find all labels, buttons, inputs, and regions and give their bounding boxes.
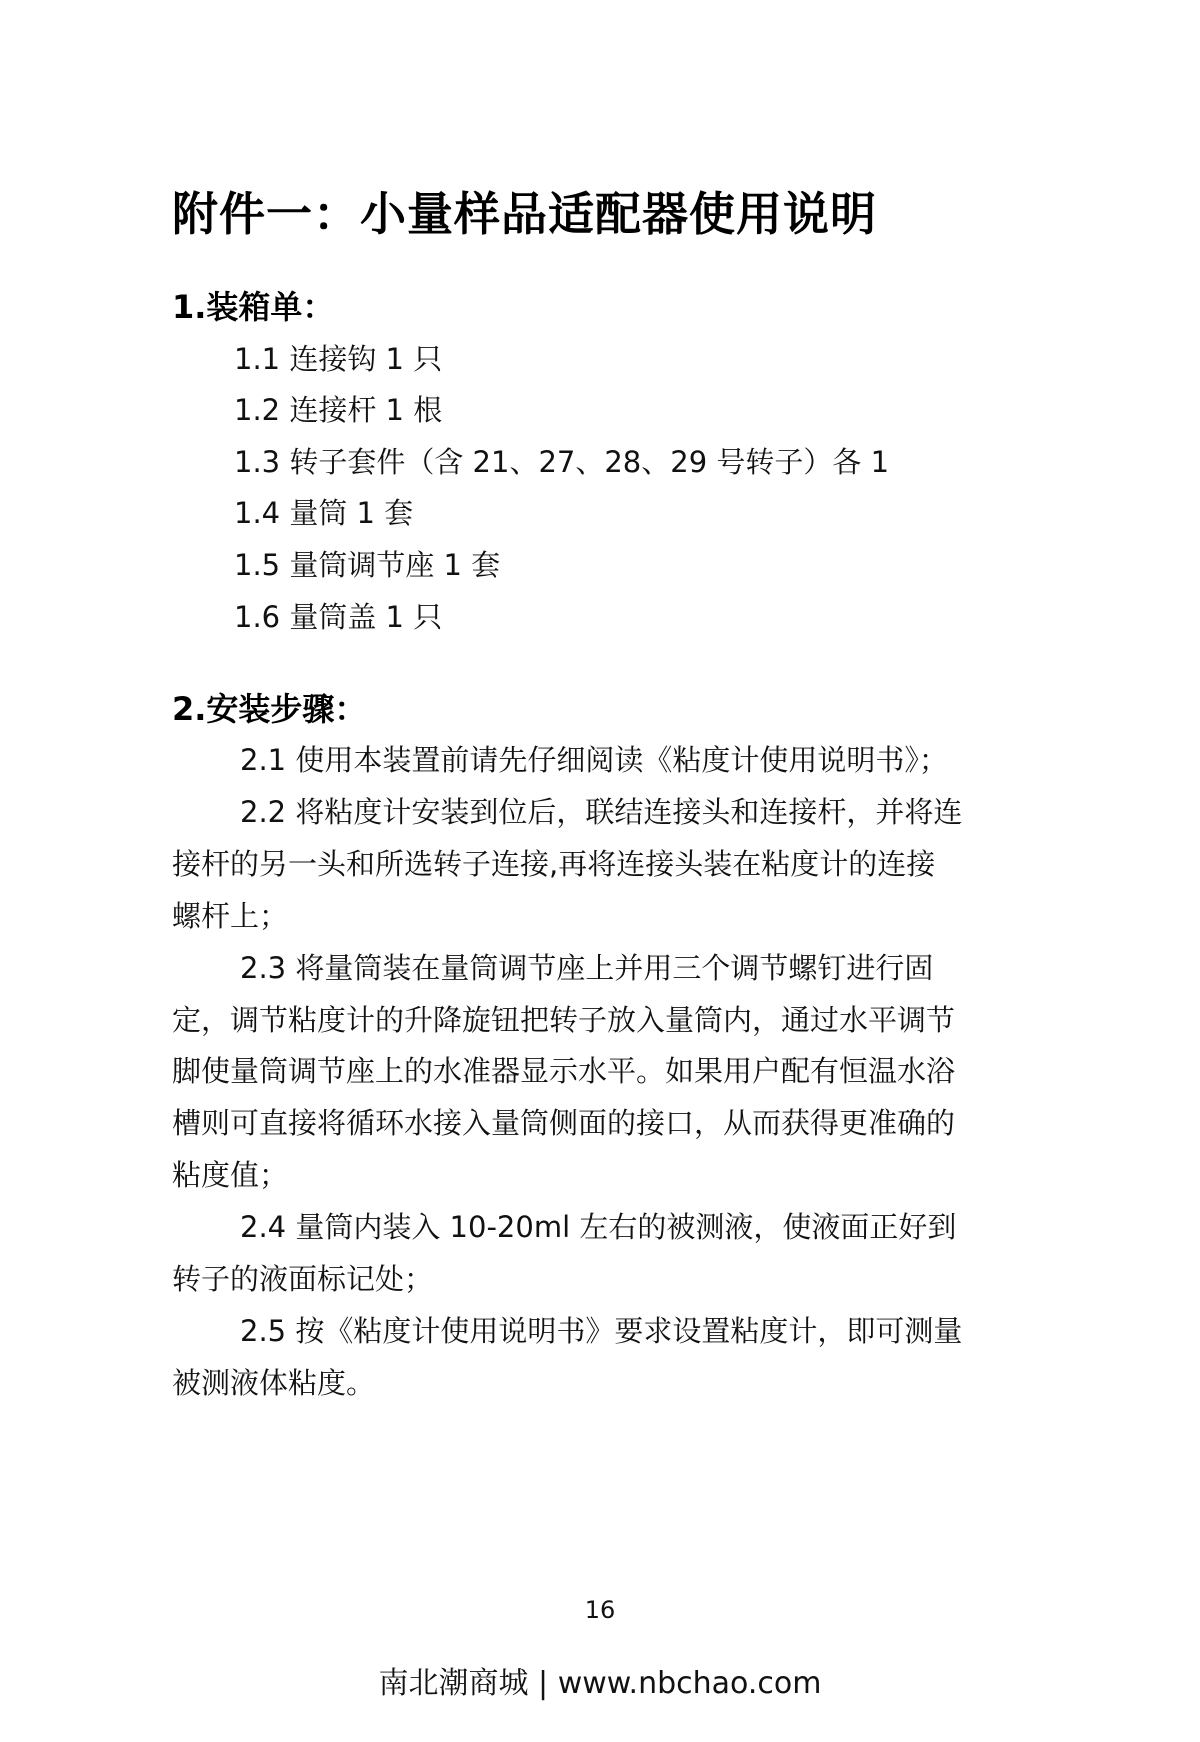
step-line-continuation: 脚使量筒调节座上的水准器显示水平。如果用户配有恒温水浴 <box>172 1049 955 1090</box>
step-line-2-3: 2.3 将量筒装在量筒调节座上并用三个调节螺钉进行固 <box>240 946 933 987</box>
step-line-2-5: 2.5 按《粘度计使用说明书》要求设置粘度计，即可测量 <box>240 1309 962 1350</box>
step-line-continuation: 转子的液面标记处； <box>172 1257 433 1298</box>
packing-item: 1.5 量筒调节座 1 套 <box>234 543 500 584</box>
step-line-2-4: 2.4 量筒内装入 10-20ml 左右的被测液，使液面正好到 <box>240 1205 956 1246</box>
packing-item: 1.1 连接钩 1 只 <box>234 337 442 378</box>
step-line-continuation: 接杆的另一头和所选转子连接,再将连接头装在粘度计的连接 <box>172 842 935 883</box>
step-line-continuation: 槽则可直接将循环水接入量筒侧面的接口，从而获得更准确的 <box>172 1101 955 1142</box>
step-line-2-2: 2.2 将粘度计安装到位后，联结连接头和连接杆，并将连 <box>240 790 962 831</box>
packing-item: 1.2 连接杆 1 根 <box>234 388 442 429</box>
footer-watermark: 南北潮商城 | www.nbchao.com <box>0 1658 1200 1702</box>
document-title: 附件一：小量样品适配器使用说明 <box>172 178 877 244</box>
page-number: 16 <box>0 1596 1200 1624</box>
packing-item: 1.6 量筒盖 1 只 <box>234 595 442 636</box>
packing-item: 1.3 转子套件（含 21、27、28、29 号转子）各 1 <box>234 440 889 481</box>
step-line-continuation: 粘度值； <box>172 1153 288 1194</box>
step-line-2-1: 2.1 使用本装置前请先仔细阅读《粘度计使用说明书》； <box>240 738 948 779</box>
step-line-continuation: 被测液体粘度。 <box>172 1361 375 1402</box>
document-page: 附件一：小量样品适配器使用说明 1.装箱单： 1.1 连接钩 1 只 1.2 连… <box>0 0 1200 1742</box>
section-heading-installation-steps: 2.安装步骤： <box>172 684 366 730</box>
step-line-continuation: 螺杆上； <box>172 894 288 935</box>
step-line-continuation: 定，调节粘度计的升降旋钮把转子放入量筒内，通过水平调节 <box>172 998 955 1039</box>
packing-item: 1.4 量筒 1 套 <box>234 491 413 532</box>
section-heading-packing-list: 1.装箱单： <box>172 282 334 328</box>
